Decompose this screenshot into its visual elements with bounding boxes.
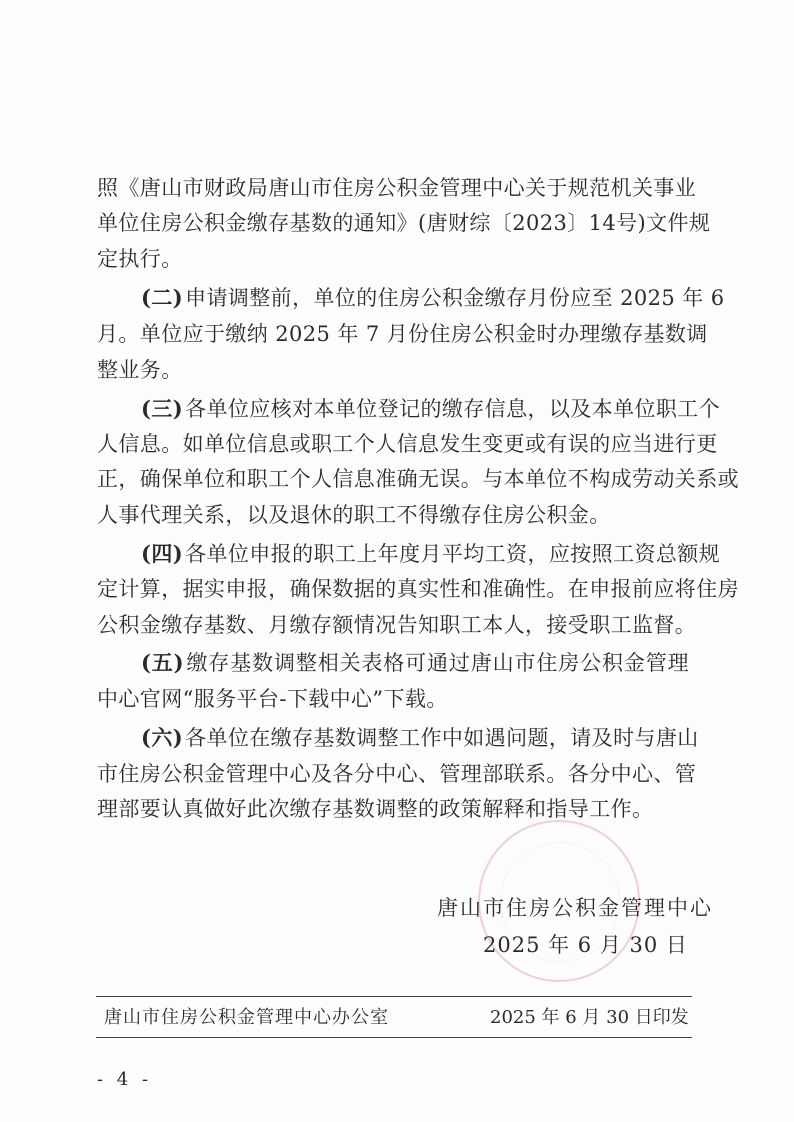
body-text: 缴存基数调整相关表格可通过唐山市住房公积金管理: [186, 651, 689, 675]
body-line: 定计算，据实申报，确保数据的真实性和准确性。在申报前应将住房: [97, 571, 689, 607]
body-text: 申请调整前，单位的住房公积金缴存月份应至 2025 年 6: [185, 286, 724, 310]
footer-issuer: 唐山市住房公积金管理中心办公室: [104, 1004, 389, 1032]
signature-date: 2025 年 6 月 30 日: [483, 930, 688, 960]
section-6-first-line: (六)各单位在缴存基数调整工作中如遇问题，请及时与唐山: [141, 720, 689, 756]
body-text: 各单位在缴存基数调整工作中如遇问题，请及时与唐山: [185, 726, 699, 750]
section-marker: (四): [141, 541, 183, 566]
section-marker: (五): [141, 650, 184, 675]
section-3-first-line: (三)各单位应核对本单位登记的缴存信息，以及本单位职工个: [141, 391, 689, 427]
body-line: 理部要认真做好此次缴存基数调整的政策解释和指导工作。: [97, 791, 689, 827]
section-5-first-line: (五)缴存基数调整相关表格可通过唐山市住房公积金管理: [141, 645, 689, 681]
body-line: 中心官网“服务平台-下载中心”下载。: [97, 681, 689, 717]
body-line: 整业务。: [97, 352, 689, 388]
section-marker: (二): [141, 285, 183, 310]
footer-issue-date: 2025 年 6 月 30 日印发: [490, 1004, 689, 1032]
footer-rule-top: [96, 996, 692, 997]
section-2-first-line: (二)申请调整前，单位的住房公积金缴存月份应至 2025 年 6: [141, 280, 689, 316]
body-line: 公积金缴存基数、月缴存额情况告知职工本人，接受职工监督。: [97, 607, 689, 643]
body-text: 各单位申报的职工上年度月平均工资，应按照工资总额规: [185, 542, 720, 566]
body-line: 月。单位应于缴纳 2025 年 7 月份住房公积金时办理缴存基数调: [97, 316, 689, 352]
body-line: 市住房公积金管理中心及各分中心、管理部联系。各分中心、管: [97, 756, 689, 792]
body-line: 定执行。: [97, 241, 689, 277]
document-page: 照《唐山市财政局唐山市住房公积金管理中心关于规范机关事业 单位住房公积金缴存基数…: [0, 0, 794, 1122]
footer-rule-bottom: [96, 1037, 692, 1038]
body-text: 各单位应核对本单位登记的缴存信息，以及本单位职工个: [185, 397, 720, 421]
section-marker: (三): [141, 396, 183, 421]
body-line: 正，确保单位和职工个人信息准确无误。与本单位不构成劳动关系或: [97, 461, 689, 497]
signature-organization: 唐山市住房公积金管理中心: [437, 893, 713, 923]
body-line: 照《唐山市财政局唐山市住房公积金管理中心关于规范机关事业: [97, 170, 689, 206]
page-number: - 4 -: [97, 1068, 152, 1092]
body-line: 人事代理关系，以及退休的职工不得缴存住房公积金。: [97, 497, 689, 533]
section-4-first-line: (四)各单位申报的职工上年度月平均工资，应按照工资总额规: [141, 536, 689, 572]
body-line: 人信息。如单位信息或职工个人信息发生变更或有误的应当进行更: [97, 426, 689, 462]
body-line: 单位住房公积金缴存基数的通知》(唐财综〔2023〕14号)文件规: [97, 205, 689, 241]
section-marker: (六): [141, 725, 183, 750]
